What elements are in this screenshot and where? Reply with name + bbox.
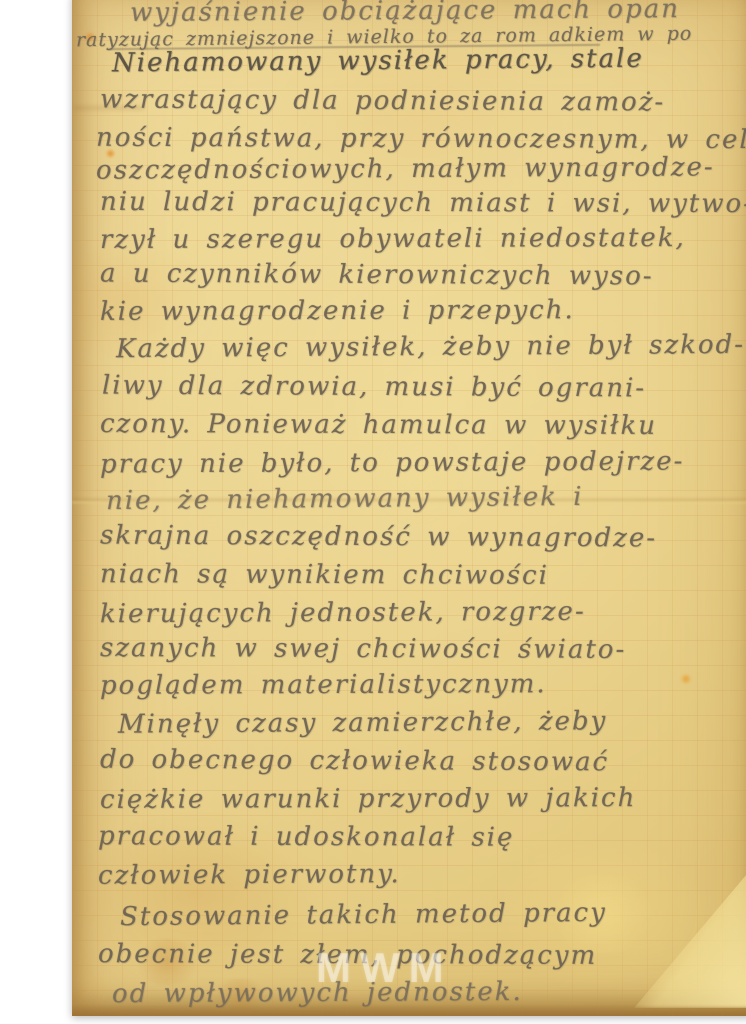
handwritten-line: wzrastający dla podniesienia zamoż- <box>100 85 665 118</box>
handwritten-line: poglądem materialistycznym. <box>100 669 547 701</box>
handwritten-line: niach są wynikiem chciwości <box>100 559 549 591</box>
handwritten-line: pracy nie było, to powstaje podejrze- <box>100 446 685 479</box>
handwritten-text: wyjaśnienie obciążające mach opan ratyzu… <box>72 0 746 1016</box>
handwritten-line: liwy dla zdrowia, musi być ograni- <box>102 371 646 404</box>
bottom-edge-shadow <box>72 1004 746 1016</box>
handwritten-line: do obecnego człowieka stosować <box>100 745 609 778</box>
handwritten-line: pracował i udoskonalał się <box>98 821 515 852</box>
handwritten-line: czony. Ponieważ hamulca w wysiłku <box>100 409 657 441</box>
handwritten-line: ciężkie warunki przyrody w jakich <box>100 783 636 815</box>
scan-background: wyjaśnienie obciążające mach opan ratyzu… <box>0 0 746 1024</box>
handwritten-line: nie, że niehamowany wysiłek i <box>106 482 584 516</box>
handwritten-line: Niehamowany wysiłek pracy, stale <box>112 44 644 79</box>
handwritten-line: kierujących jednostek, rozgrze- <box>100 597 586 630</box>
handwritten-line: rzył u szeregu obywateli niedostatek, <box>100 223 686 255</box>
handwritten-line: skrajna oszczędność w wynagrodze- <box>100 521 657 554</box>
handwritten-line: człowiek pierwotny. <box>98 859 401 891</box>
handwritten-line: Każdy więc wysiłek, żeby nie był szkod- <box>116 330 745 364</box>
handwritten-line: szanych w swej chciwości świato- <box>100 633 626 665</box>
watermark-text: MWM <box>316 944 453 992</box>
handwritten-line: Minęły czasy zamierzchłe, żeby <box>118 706 607 739</box>
handwritten-line: a u czynników kierowniczych wyso- <box>100 259 654 292</box>
handwritten-line: Stosowanie takich metod pracy <box>120 898 607 932</box>
handwritten-line: ności państwa, przy równoczesnym, w cela… <box>96 123 746 155</box>
handwritten-line: oszczędnościowych, małym wynagrodze- <box>96 152 715 185</box>
manuscript-page: wyjaśnienie obciążające mach opan ratyzu… <box>72 0 746 1016</box>
handwritten-line: kie wynagrodzenie i przepych. <box>100 295 575 327</box>
handwritten-line: niu ludzi pracujących miast i wsi, wytwo… <box>100 187 746 219</box>
